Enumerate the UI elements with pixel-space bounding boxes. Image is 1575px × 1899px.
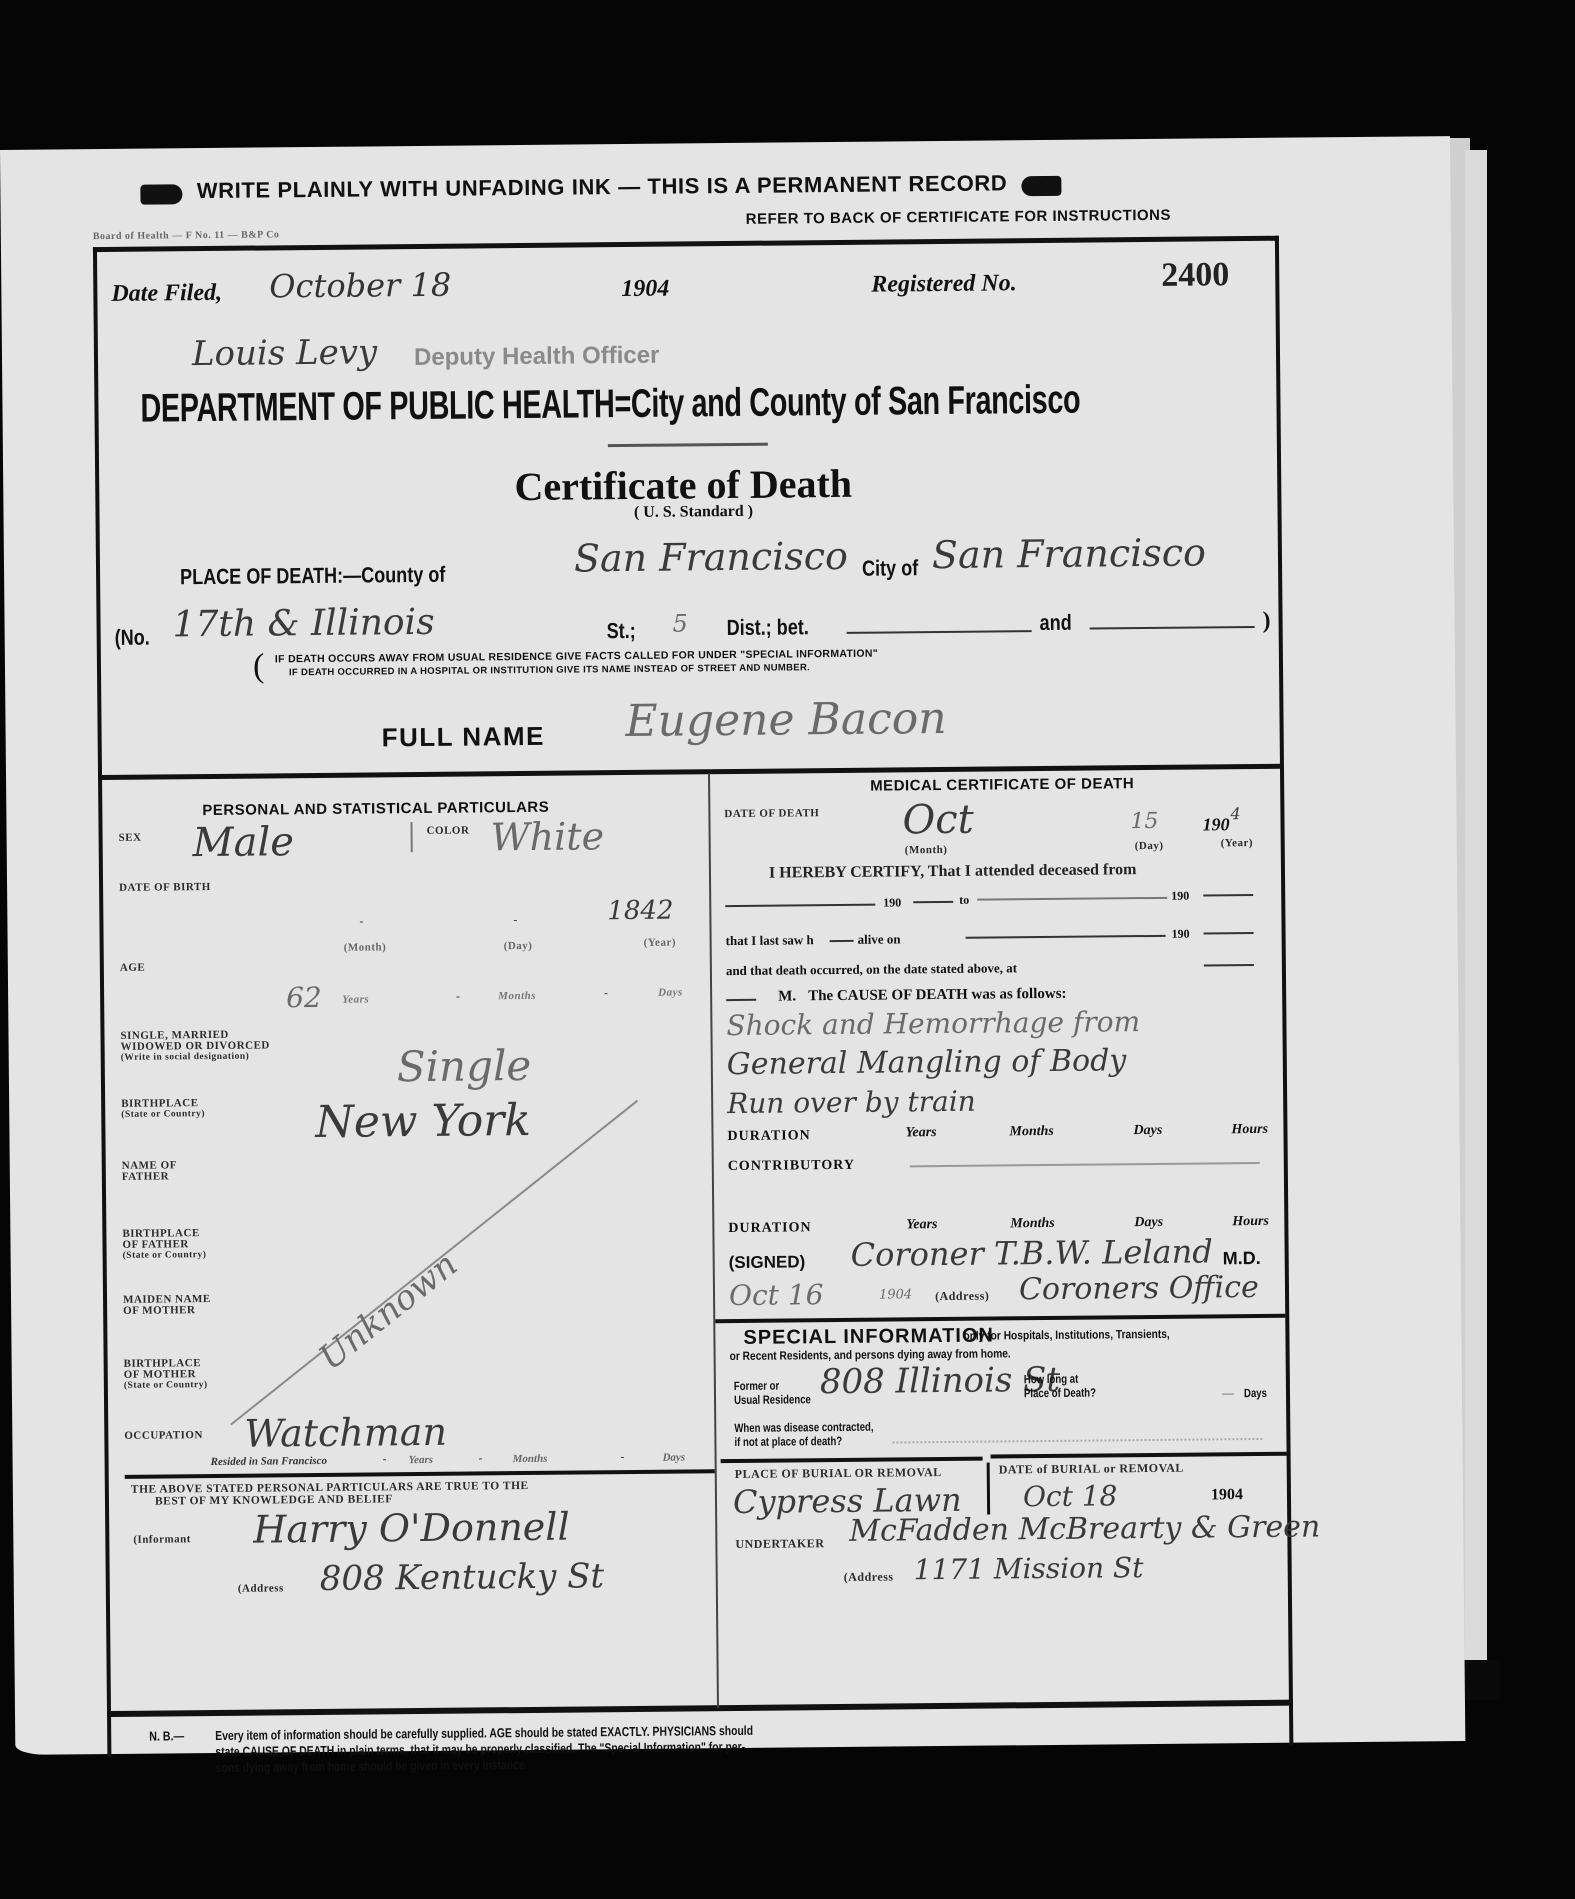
resided-days: - [621, 1452, 625, 1463]
st-label: St.; [607, 618, 636, 644]
contributory-duration-months: Months [1010, 1216, 1055, 1232]
resided-days-caption: Days [663, 1451, 686, 1463]
father-name-label-2: FATHER [122, 1171, 169, 1182]
age-months-caption: Months [498, 991, 536, 1002]
duration-hours: Hours [1231, 1122, 1268, 1138]
contributory-duration-hours: Hours [1232, 1214, 1269, 1230]
cause-line-2: General Mangling of Body [727, 1043, 1127, 1082]
color-value: White [490, 814, 604, 859]
certify-line: I HEREBY CERTIFY, That I attended deceas… [769, 861, 1137, 883]
full-name-label: FULL NAME [382, 721, 546, 754]
cause-line-1: Shock and Hemorrhage from [726, 1005, 1140, 1042]
resided-months-caption: Months [513, 1453, 548, 1465]
contributory-duration-label: DURATION [728, 1220, 811, 1237]
burial-date-year: 1904 [1211, 1486, 1243, 1504]
age-years-caption: Years [342, 994, 369, 1005]
dod-month-caption: (Month) [905, 845, 948, 856]
to-label: to [959, 893, 969, 908]
duration-months: Months [1009, 1124, 1054, 1140]
former-residence-label-1: Former or [734, 1379, 779, 1393]
footnote-line-3: sons dying away from home should be give… [215, 1757, 527, 1775]
contributory-duration-days: Days [1134, 1215, 1163, 1231]
undertaker-address-value: 1171 Mission St [914, 1551, 1144, 1586]
duration-years: Years [905, 1125, 936, 1141]
full-name-value: Eugene Bacon [625, 693, 947, 747]
dob-label: DATE OF BIRTH [119, 882, 211, 894]
dob-day-caption: (Day) [504, 941, 533, 952]
date-filed-label: Date Filed, [111, 280, 222, 308]
dob-year-caption: (Year) [644, 938, 676, 949]
father-birthplace-label-3: (State or Country) [123, 1250, 207, 1262]
alive-on-year: 190 [1172, 927, 1190, 942]
mother-birthplace-label-3: (State or Country) [124, 1380, 208, 1392]
informant-statement-2: BEST OF MY KNOWLEDGE AND BELIEF [155, 1494, 393, 1507]
undertaker-value: McFadden McBrearty & Green [849, 1509, 1320, 1549]
how-long-label-2: Place of Death? [1024, 1386, 1096, 1401]
informant-value: Harry O'Donnell [253, 1505, 570, 1552]
signed-value: Coroner T.B.W. Leland [850, 1232, 1212, 1273]
date-of-death-label: DATE OF DEATH [724, 808, 819, 820]
sex-color-divider [410, 822, 412, 852]
last-saw-line: that I last saw h [726, 932, 814, 949]
marital-value: Single [397, 1041, 532, 1091]
occupation-value: Watchman [244, 1410, 447, 1456]
county-value: San Francisco [574, 534, 848, 581]
burial-date-label: DATE of BURIAL or REMOVAL [999, 1463, 1184, 1476]
officer-signature: Louis Levy [192, 332, 378, 374]
birthplace-value: New York [315, 1095, 531, 1148]
date-of-death-year-suffix: 4 [1230, 804, 1240, 823]
date-filed-year: 1904 [621, 276, 669, 303]
certificate-page: WRITE PLAINLY WITH UNFADING INK — THIS I… [0, 136, 1465, 1755]
signed-year: 1904 [879, 1287, 912, 1302]
mother-name-label-2: OF MOTHER [123, 1305, 195, 1317]
age-days: - [604, 988, 608, 999]
special-note-1: only for Hospitals, Institutions, Transi… [963, 1327, 1169, 1343]
banner: WRITE PLAINLY WITH UNFADING INK — THIS I… [140, 170, 1062, 205]
dod-year-caption: (Year) [1221, 838, 1253, 849]
attended-to-year: 190 [1171, 889, 1189, 904]
dob-day: - [513, 915, 517, 926]
note-paren: ( [253, 647, 265, 685]
registered-label: Registered No. [871, 270, 1017, 298]
date-filed-value: October 18 [269, 266, 451, 306]
pointing-hand-icon [1022, 176, 1062, 196]
city-label: City of [862, 555, 918, 582]
medical-heading: MEDICAL CERTIFICATE OF DEATH [870, 775, 1134, 795]
age-months: - [456, 992, 460, 1003]
signed-address-label: (Address) [935, 1291, 989, 1303]
date-of-death-year-prefix: 190 [1202, 814, 1229, 835]
cause-m-line [726, 999, 756, 1001]
alive-on-label: alive on [858, 931, 901, 947]
dist-label: Dist.; bet. [726, 614, 808, 641]
former-residence-label-2: Usual Residence [734, 1392, 811, 1407]
cause-line-3: Run over by train [727, 1085, 976, 1120]
color-label: COLOR [427, 826, 470, 837]
sex-label: SEX [119, 833, 142, 844]
undertaker-address-label: (Address [844, 1571, 894, 1582]
pointing-hand-icon [140, 184, 182, 204]
contributory-duration-years: Years [906, 1217, 937, 1233]
how-long-days-label: Days [1244, 1386, 1267, 1400]
informant-address-label: (Address [238, 1583, 284, 1594]
mother-birthplace-label-2: OF MOTHER [124, 1369, 196, 1381]
signed-date: Oct 16 [729, 1278, 824, 1312]
age-days-caption: Days [658, 987, 683, 998]
officer-title: Deputy Health Officer [414, 342, 660, 372]
date-of-death-day: 15 [1130, 809, 1158, 834]
age-years: 62 [286, 981, 322, 1014]
dob-year: 1842 [607, 896, 673, 927]
birthplace-label-2: (State or Country) [121, 1109, 205, 1121]
ward-value: 5 [672, 609, 688, 637]
contracted-label-2: if not at place of death? [734, 1434, 842, 1449]
resided-years-caption: Years [409, 1454, 434, 1466]
date-of-death-month: Oct [902, 797, 974, 844]
md-label: M.D. [1223, 1248, 1261, 1269]
registered-number: 2400 [1161, 256, 1229, 295]
signed-label: (SIGNED) [729, 1252, 806, 1273]
death-occurred-line: and that death occurred, on the date sta… [726, 960, 1017, 979]
father-birthplace-label-2: OF FATHER [122, 1239, 188, 1251]
contributory-label: CONTRIBUTORY [728, 1158, 855, 1175]
burial-column-divider [987, 1463, 990, 1515]
place-of-death-label: PLACE OF DEATH:—County of [180, 562, 445, 591]
burial-place-label: PLACE OF BURIAL OR REMOVAL [735, 1467, 942, 1480]
close-paren: ) [1262, 608, 1270, 635]
us-standard: ( U. S. Standard ) [634, 503, 753, 521]
dob-month: - [359, 917, 363, 928]
book-page-edge [1465, 150, 1487, 1670]
duration-label: DURATION [727, 1128, 810, 1145]
cause-m-label: M. [778, 988, 796, 1005]
marital-label-3: (Write in social designation) [121, 1052, 250, 1064]
instructions-ref: REFER TO BACK OF CERTIFICATE FOR INSTRUC… [746, 207, 1171, 228]
sex-value: Male [192, 819, 294, 866]
attended-from-year: 190 [883, 895, 901, 910]
footnote-nb: N. B.— [149, 1728, 184, 1743]
banner-text: WRITE PLAINLY WITH UNFADING INK — THIS I… [197, 170, 1008, 203]
occupation-label: OCCUPATION [124, 1430, 203, 1442]
birthplace-label-1: BIRTHPLACE [121, 1098, 198, 1110]
cause-of-death-label: The CAUSE OF DEATH was as follows: [808, 986, 1067, 1005]
informant-label: (Informant [133, 1534, 191, 1546]
how-long-value: — [1222, 1386, 1234, 1400]
printer-line: Board of Health — F No. 11 — B&P Co [93, 229, 280, 242]
street-no-label: (No. [115, 625, 150, 651]
city-value: San Francisco [932, 530, 1206, 577]
informant-address-value: 808 Kentucky St [320, 1556, 605, 1599]
how-long-label-1: How long at [1024, 1372, 1079, 1387]
resided-years: - [383, 1454, 387, 1465]
and-label: and [1039, 610, 1071, 636]
contracted-label-1: When was disease contracted, [734, 1420, 873, 1435]
last-saw-pronoun-line [830, 940, 854, 942]
age-label: AGE [120, 963, 145, 974]
resided-label: Resided in San Francisco [211, 1455, 328, 1468]
undertaker-label: UNDERTAKER [735, 1538, 824, 1550]
resided-months: - [479, 1453, 483, 1464]
dob-month-caption: (Month) [344, 942, 387, 953]
duration-days: Days [1133, 1123, 1162, 1139]
signed-address-value: Coroners Office [1019, 1270, 1259, 1307]
burial-date-value: Oct 18 [1023, 1479, 1118, 1513]
dod-day-caption: (Day) [1135, 841, 1164, 852]
street-no-value: 17th & Illinois [172, 602, 434, 646]
attended-from-year-line [913, 901, 953, 903]
